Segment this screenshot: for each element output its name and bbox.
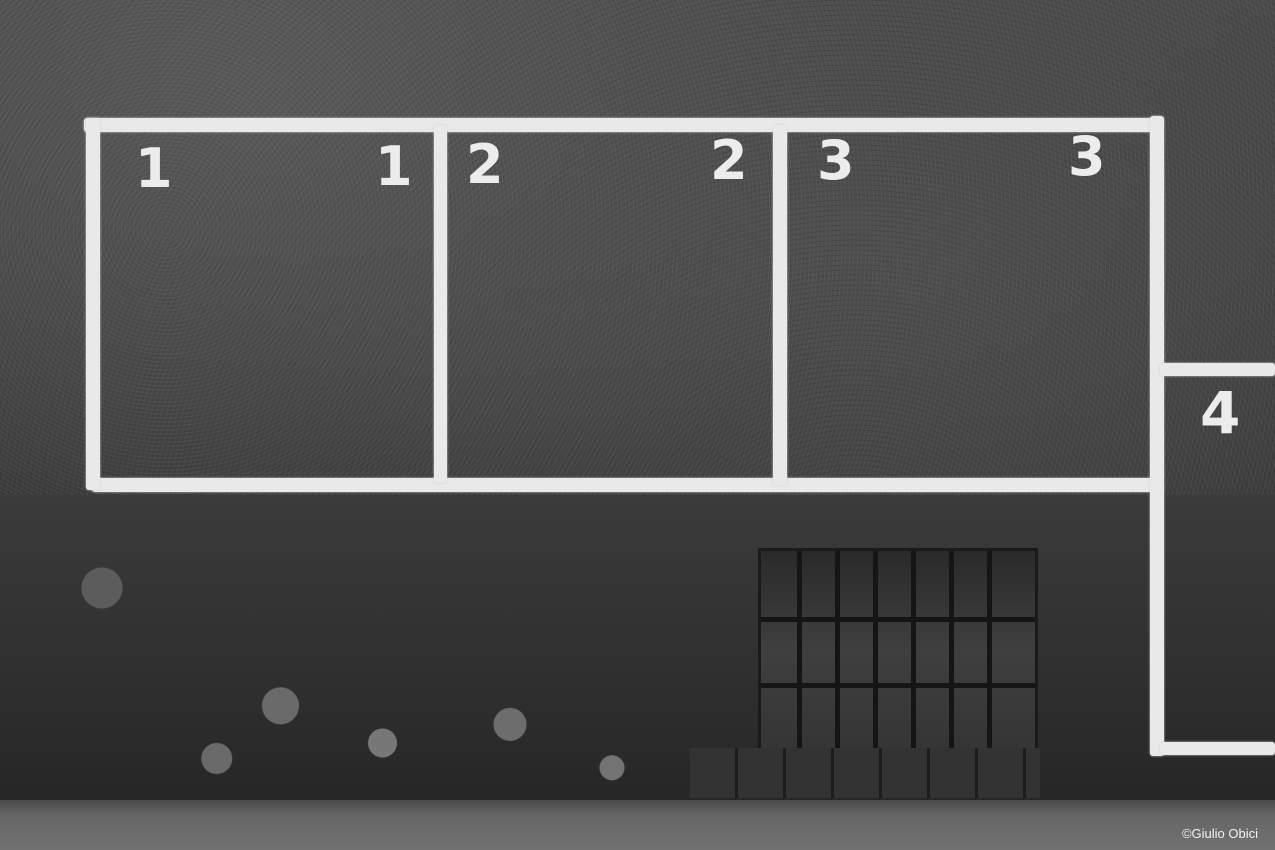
box1-number-left: 1 — [135, 142, 173, 196]
painted-divider-2 — [773, 125, 787, 485]
box3-number-right: 3 — [1068, 130, 1106, 184]
grate-bar-vertical — [911, 551, 916, 749]
box2-number-right: 2 — [710, 134, 748, 188]
grate-bar-vertical — [949, 551, 954, 749]
box4-number: 4 — [1200, 384, 1240, 442]
grate-bar-horizontal — [761, 683, 1035, 688]
barred-cellar-window — [758, 548, 1038, 752]
painted-divider-1 — [434, 125, 447, 483]
photo-credit: ©Giulio Obici — [1182, 826, 1258, 841]
box1-number-right: 1 — [375, 140, 413, 194]
brick-sill — [690, 748, 1040, 798]
box2-number-left: 2 — [466, 138, 504, 192]
box3-number-left: 3 — [817, 134, 855, 188]
painted-bottom-border — [92, 478, 1160, 492]
painted-box4-bottom — [1160, 742, 1275, 755]
painted-right-border — [1150, 116, 1164, 756]
painted-top-border — [84, 118, 1162, 132]
grate-bar-horizontal — [761, 617, 1035, 622]
grate-bar-vertical — [987, 551, 992, 749]
painted-left-border — [86, 118, 100, 490]
grate-bar-vertical — [797, 551, 802, 749]
grate-bar-vertical — [835, 551, 840, 749]
photograph: 1 1 2 2 3 3 4 ©Giulio Obici — [0, 0, 1275, 850]
grate-bar-vertical — [873, 551, 878, 749]
ground — [0, 800, 1275, 850]
painted-box4-top — [1160, 363, 1275, 376]
rubble-stone-wall — [0, 495, 1275, 805]
